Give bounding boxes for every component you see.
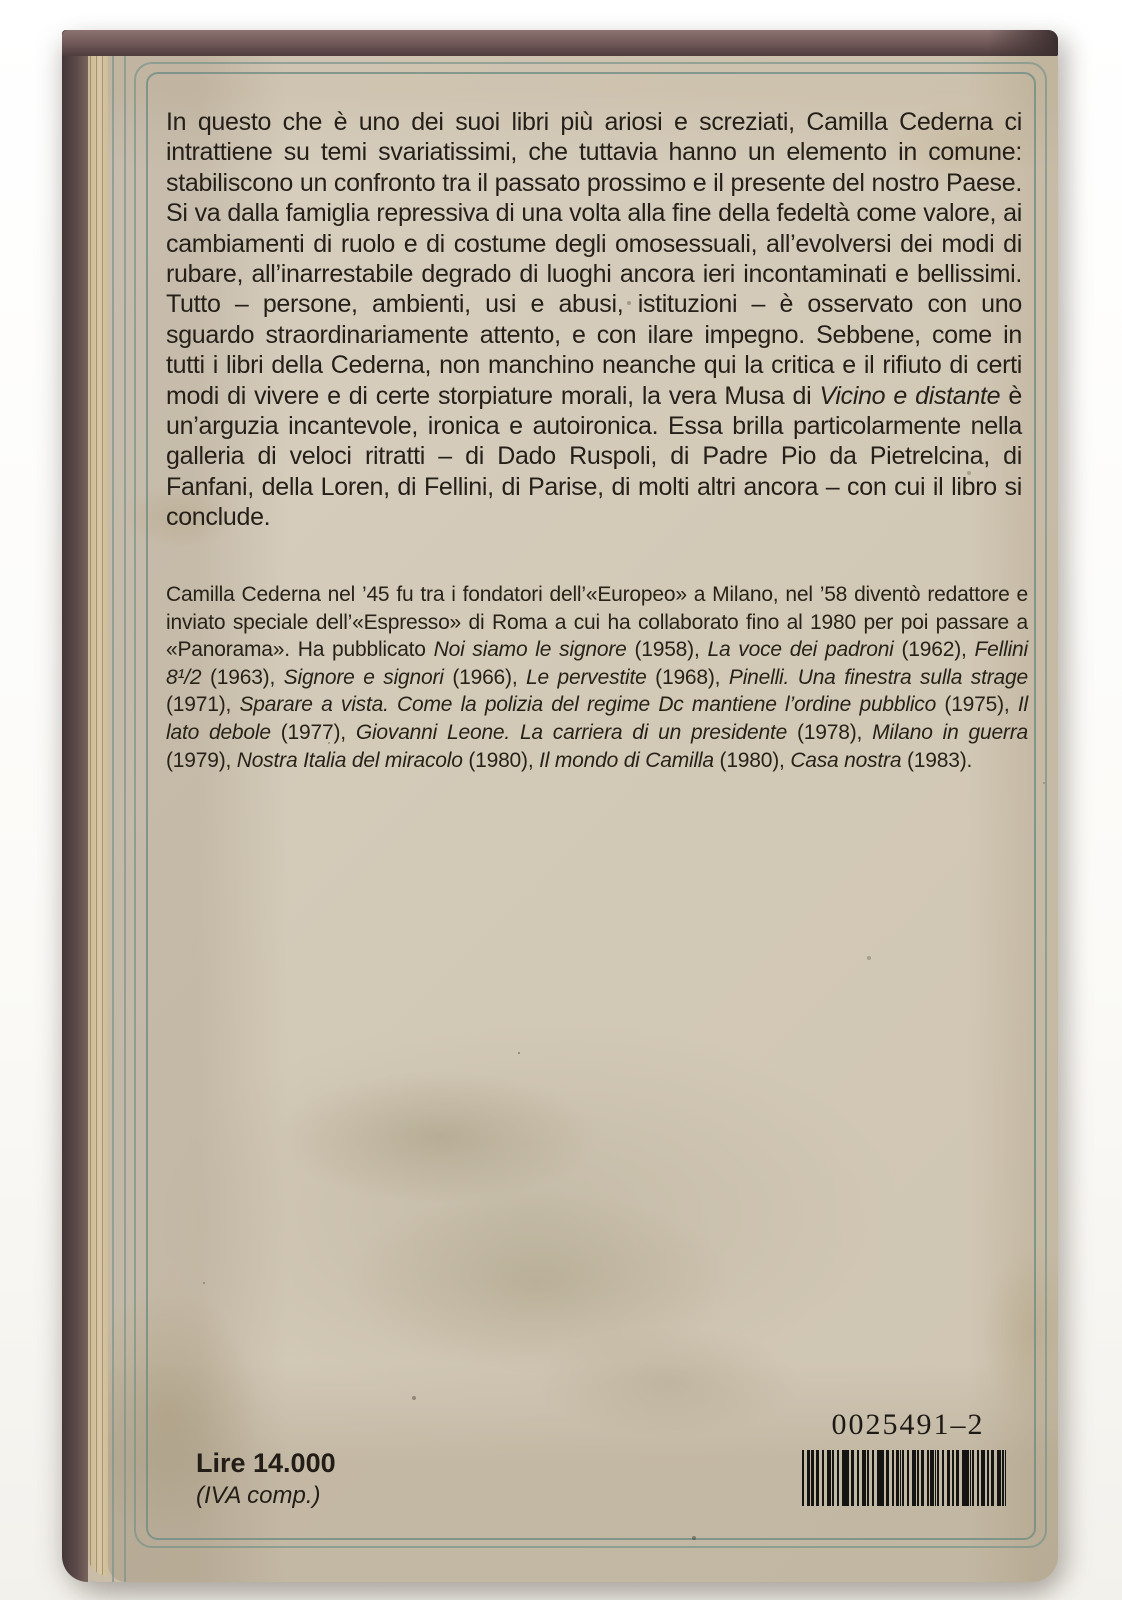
cover-face: In questo che è uno dei suoi libri più a… [108,52,1058,1582]
price-amount: Lire 14.000 [196,1448,336,1479]
barcode [802,1450,1006,1506]
author-bio-paragraph: Camilla Cederna nel ’45 fu tra i fondato… [166,581,1028,774]
price-block: Lire 14.000 (IVA comp.) [196,1448,336,1510]
barcode-number: 0025491–2 [802,1408,1014,1442]
page-edges [88,36,108,1576]
decorative-pinstripe [112,52,114,1582]
blurb-paragraph: In questo che è uno dei suoi libri più a… [166,107,1022,533]
book-top-edge [62,30,1058,56]
decorative-pinstripe [124,52,126,1582]
book-back-cover: In questo che è uno dei suoi libri più a… [62,30,1058,1582]
book-spine-edge [62,30,88,1582]
barcode-area: 0025491–2 [802,1408,1014,1506]
vat-note: (IVA comp.) [196,1482,336,1510]
